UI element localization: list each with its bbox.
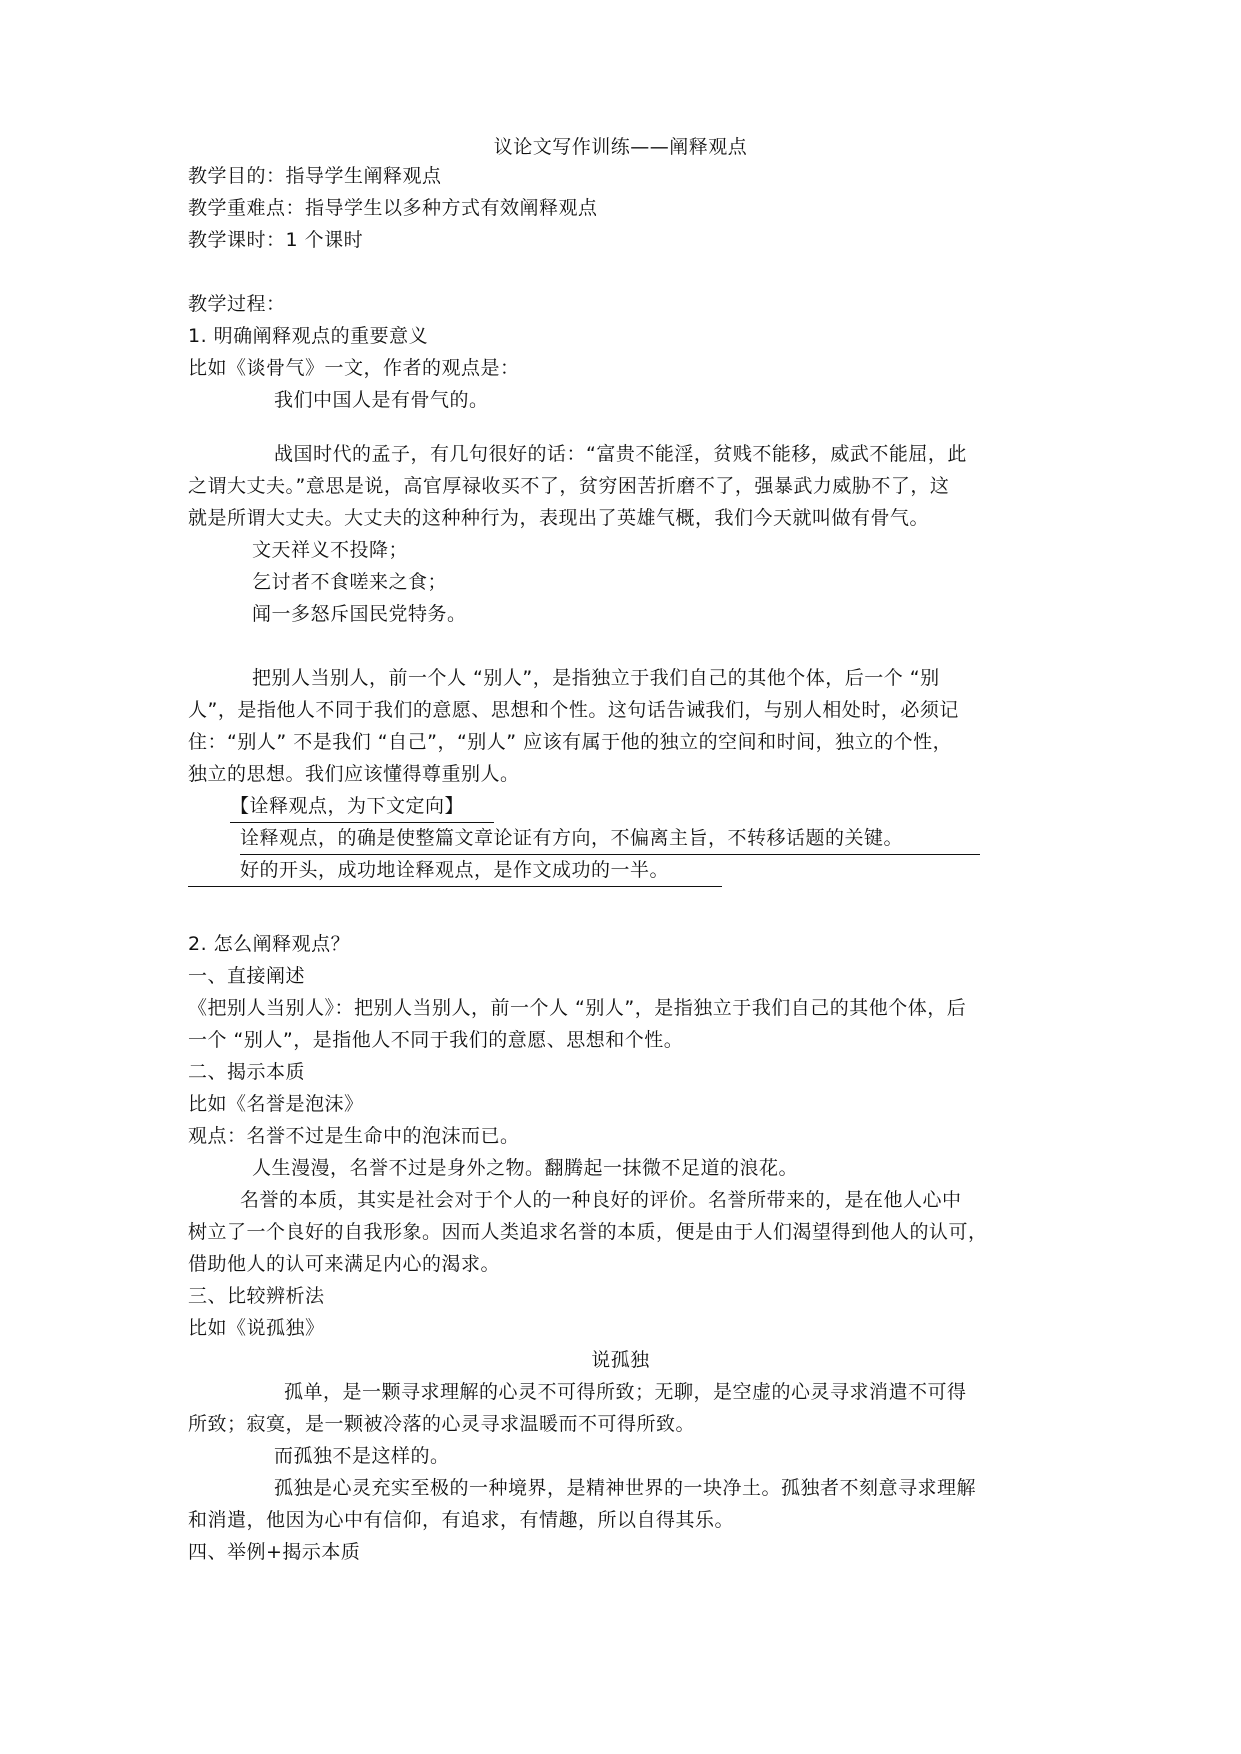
method3-example: 比如《说孤独》 [188,1312,325,1344]
document-title: 议论文写作训练——阐释观点 [0,131,1241,163]
note-line: 好的开头，成功地诠释观点，是作文成功的一半。 [188,854,722,887]
paragraph-line: 战国时代的孟子，有几句很好的话：“富贵不能淫，贫贱不能移，威武不能屈，此 [274,438,967,470]
paragraph-line: 树立了一个良好的自我形象。因而人类追求名誉的本质，便是由于人们渴望得到他人的认可… [188,1216,988,1248]
method4-heading: 四、举例+揭示本质 [188,1536,360,1568]
method1-heading: 一、直接阐述 [188,960,305,992]
paragraph-line: 就是所谓大丈夫。大丈夫的这种种行为，表现出了英雄气概，我们今天就叫做有骨气。 [188,502,929,534]
section1-intro: 比如《谈骨气》一文，作者的观点是： [188,352,520,384]
paragraph-line: 人”，是指他人不同于我们的意愿、思想和个性。这句话告诫我们，与别人相处时，必须记 [188,694,959,726]
section1-heading: 1. 明确阐释观点的重要意义 [188,320,428,352]
method2-example: 比如《名誉是泡沫》 [188,1088,364,1120]
paragraph-line: 和消遣，他因为心中有信仰，有追求，有情趣，所以自得其乐。 [188,1504,734,1536]
note-heading: 【诠释观点，为下文定向】 [230,790,494,823]
paragraph-line: 而孤独不是这样的。 [274,1440,450,1472]
paragraph-line: 住：“别人” 不是我们 “自己”，“别人” 应该有属于他的独立的空间和时间，独立… [188,726,952,758]
paragraph-line: 之谓大丈夫。”意思是说，高官厚禄收买不了，贫穷困苦折磨不了，强暴武力威胁不了，这 [188,470,949,502]
section1-thesis: 我们中国人是有骨气的。 [274,384,489,416]
example-item: 闻一多怒斥国民党特务。 [252,598,467,630]
method2-heading: 二、揭示本质 [188,1056,305,1088]
process-label: 教学过程： [188,288,286,320]
paragraph-line: 独立的思想。我们应该懂得尊重别人。 [188,758,520,790]
method2-viewpoint: 观点：名誉不过是生命中的泡沫而已。 [188,1120,520,1152]
paragraph-line: 名誉的本质，其实是社会对于个人的一种良好的评价。名誉所带来的，是在他人心中 [240,1184,962,1216]
method3-heading: 三、比较辨析法 [188,1280,325,1312]
section2-heading: 2. 怎么阐释观点？ [188,928,350,960]
paragraph-line: 孤独是心灵充实至极的一种境界，是精神世界的一块净土。孤独者不刻意寻求理解 [274,1472,976,1504]
paragraph-line: 把别人当别人，前一个人 “别人”，是指独立于我们自己的其他个体，后一个 “别 [252,662,940,694]
document-page: 议论文写作训练——阐释观点 教学目的：指导学生阐释观点 教学重难点：指导学生以多… [0,0,1241,1754]
paragraph-line: 借助他人的认可来满足内心的渴求。 [188,1248,500,1280]
essay-title: 说孤独 [0,1344,1241,1376]
paragraph-line: 所致；寂寞，是一颗被冷落的心灵寻求温暖而不可得所致。 [188,1408,695,1440]
teaching-focus: 教学重难点：指导学生以多种方式有效阐释观点 [188,192,598,224]
teaching-goal: 教学目的：指导学生阐释观点 [188,160,442,192]
paragraph-line: 一个 “别人”，是指他人不同于我们的意愿、思想和个性。 [188,1024,683,1056]
example-item: 乞讨者不食嗟来之食； [252,566,447,598]
paragraph-line: 孤单，是一颗寻求理解的心灵不可得所致；无聊，是空虚的心灵寻求消遣不可得 [284,1376,967,1408]
paragraph-line: 《把别人当别人》：把别人当别人，前一个人 “别人”，是指独立于我们自己的其他个体… [188,992,966,1024]
note-line: 诠释观点，的确是使整篇文章论证有方向，不偏离主旨，不转移话题的关键。 [240,822,980,855]
paragraph-line: 人生漫漫，名誉不过是身外之物。翻腾起一抹微不足道的浪花。 [252,1152,798,1184]
example-item: 文天祥义不投降； [252,534,408,566]
teaching-hours: 教学课时：1 个课时 [188,224,363,256]
